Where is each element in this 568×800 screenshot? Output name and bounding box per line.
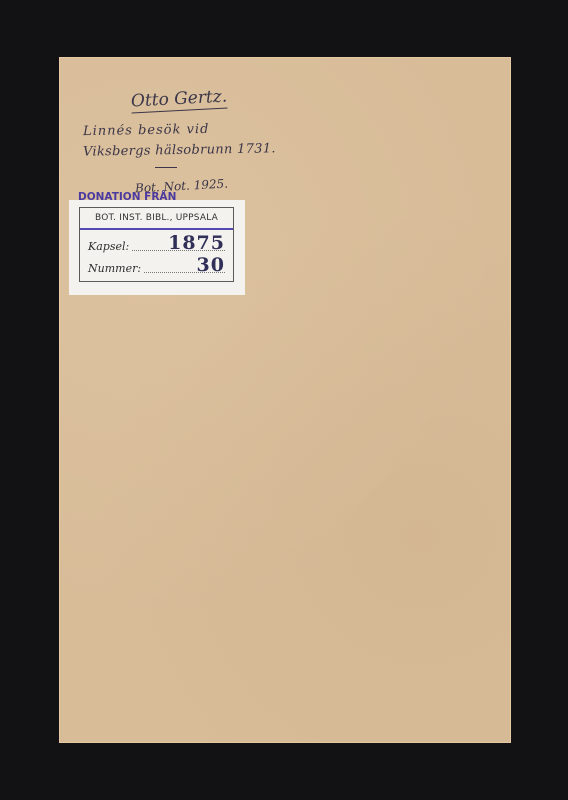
handwritten-author: Otto Gertz. [130,86,227,113]
kapsel-label: Kapsel: [88,240,129,254]
kapsel-row: Kapsel: 1875 [88,234,227,254]
nummer-value: 30 [197,254,225,276]
library-label: BOT. INST. BIBL., UPPSALA Kapsel: 1875 N… [69,200,245,295]
handwritten-title-line-1: Linnés besök vid [83,122,210,139]
donation-stamp: DONATION FRÅN [78,191,176,203]
handwritten-divider [155,167,177,168]
nummer-label: Nummer: [88,262,141,276]
handwritten-title-line-2: Viksbergs hälsobrunn 1731. [83,141,276,159]
library-label-header: BOT. INST. BIBL., UPPSALA [80,210,233,226]
document-page: Otto Gertz. Linnés besök vid Viksbergs h… [59,57,511,743]
library-label-rule [80,228,233,230]
library-label-box: BOT. INST. BIBL., UPPSALA Kapsel: 1875 N… [79,207,234,282]
kapsel-value: 1875 [168,232,225,254]
nummer-row: Nummer: 30 [88,256,227,276]
